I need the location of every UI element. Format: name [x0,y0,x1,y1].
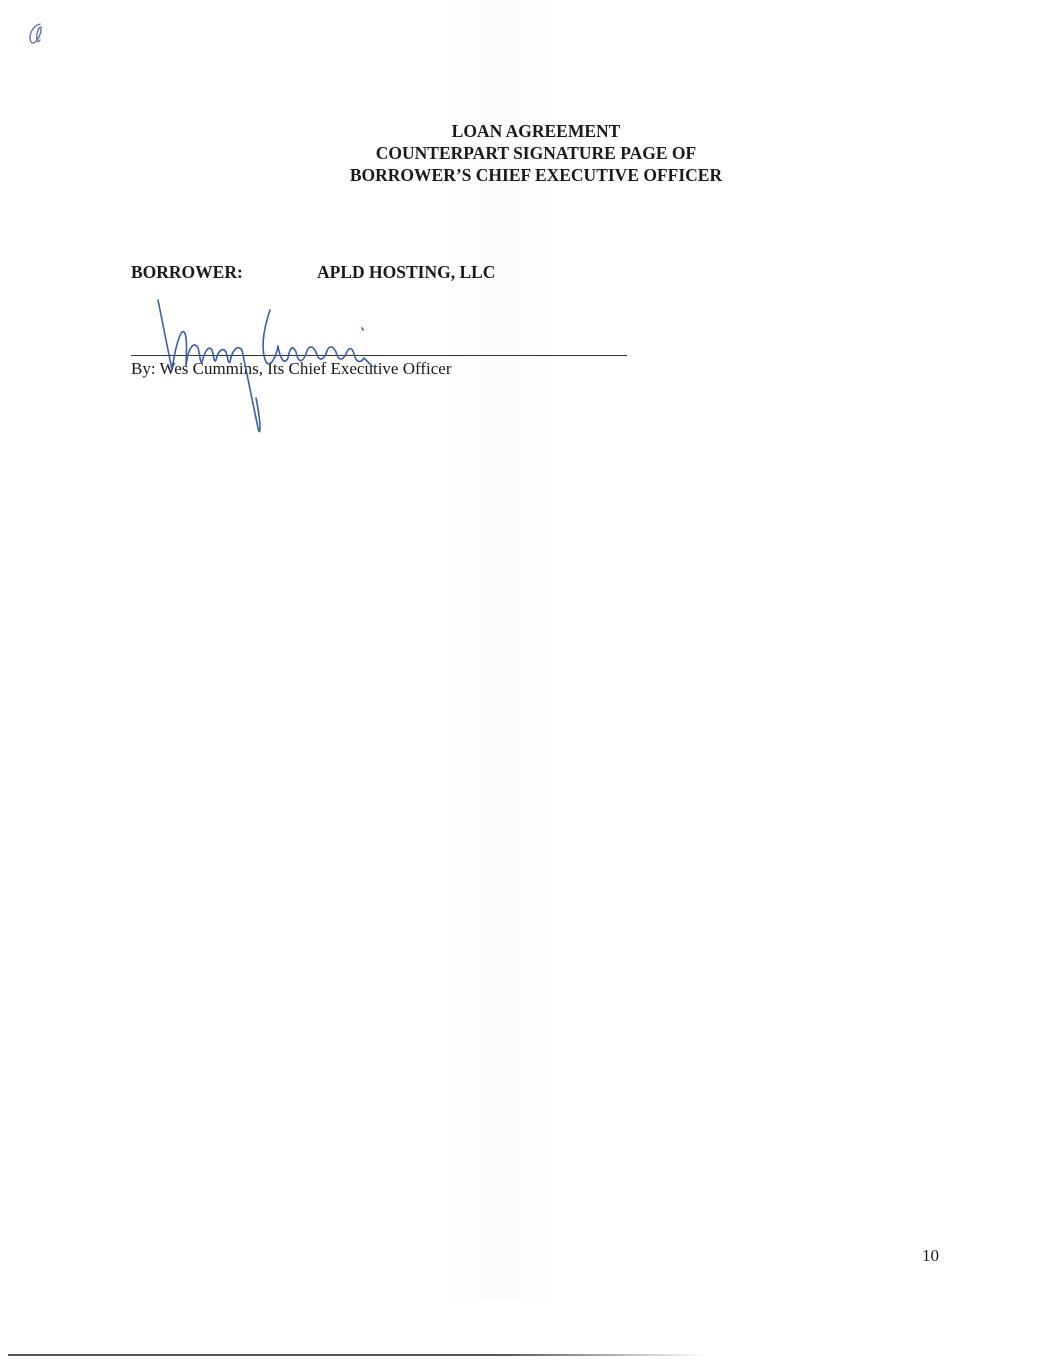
handwritten-mark-icon [22,18,52,48]
handwritten-signature-icon [150,288,440,438]
borrower-row: BORROWER:APLD HOSTING, LLC [131,262,495,283]
title-line-3: BORROWER’S CHIEF EXECUTIVE OFFICER [12,164,1060,186]
document-title: LOAN AGREEMENT COUNTERPART SIGNATURE PAG… [0,120,1060,186]
borrower-label: BORROWER: [131,262,317,283]
footer-rule [8,1354,708,1356]
page-number: 10 [922,1246,939,1266]
borrower-name: APLD HOSTING, LLC [317,262,495,282]
title-line-2: COUNTERPART SIGNATURE PAGE OF [12,142,1060,164]
scan-artifact [440,0,560,1300]
title-line-1: LOAN AGREEMENT [12,120,1060,142]
